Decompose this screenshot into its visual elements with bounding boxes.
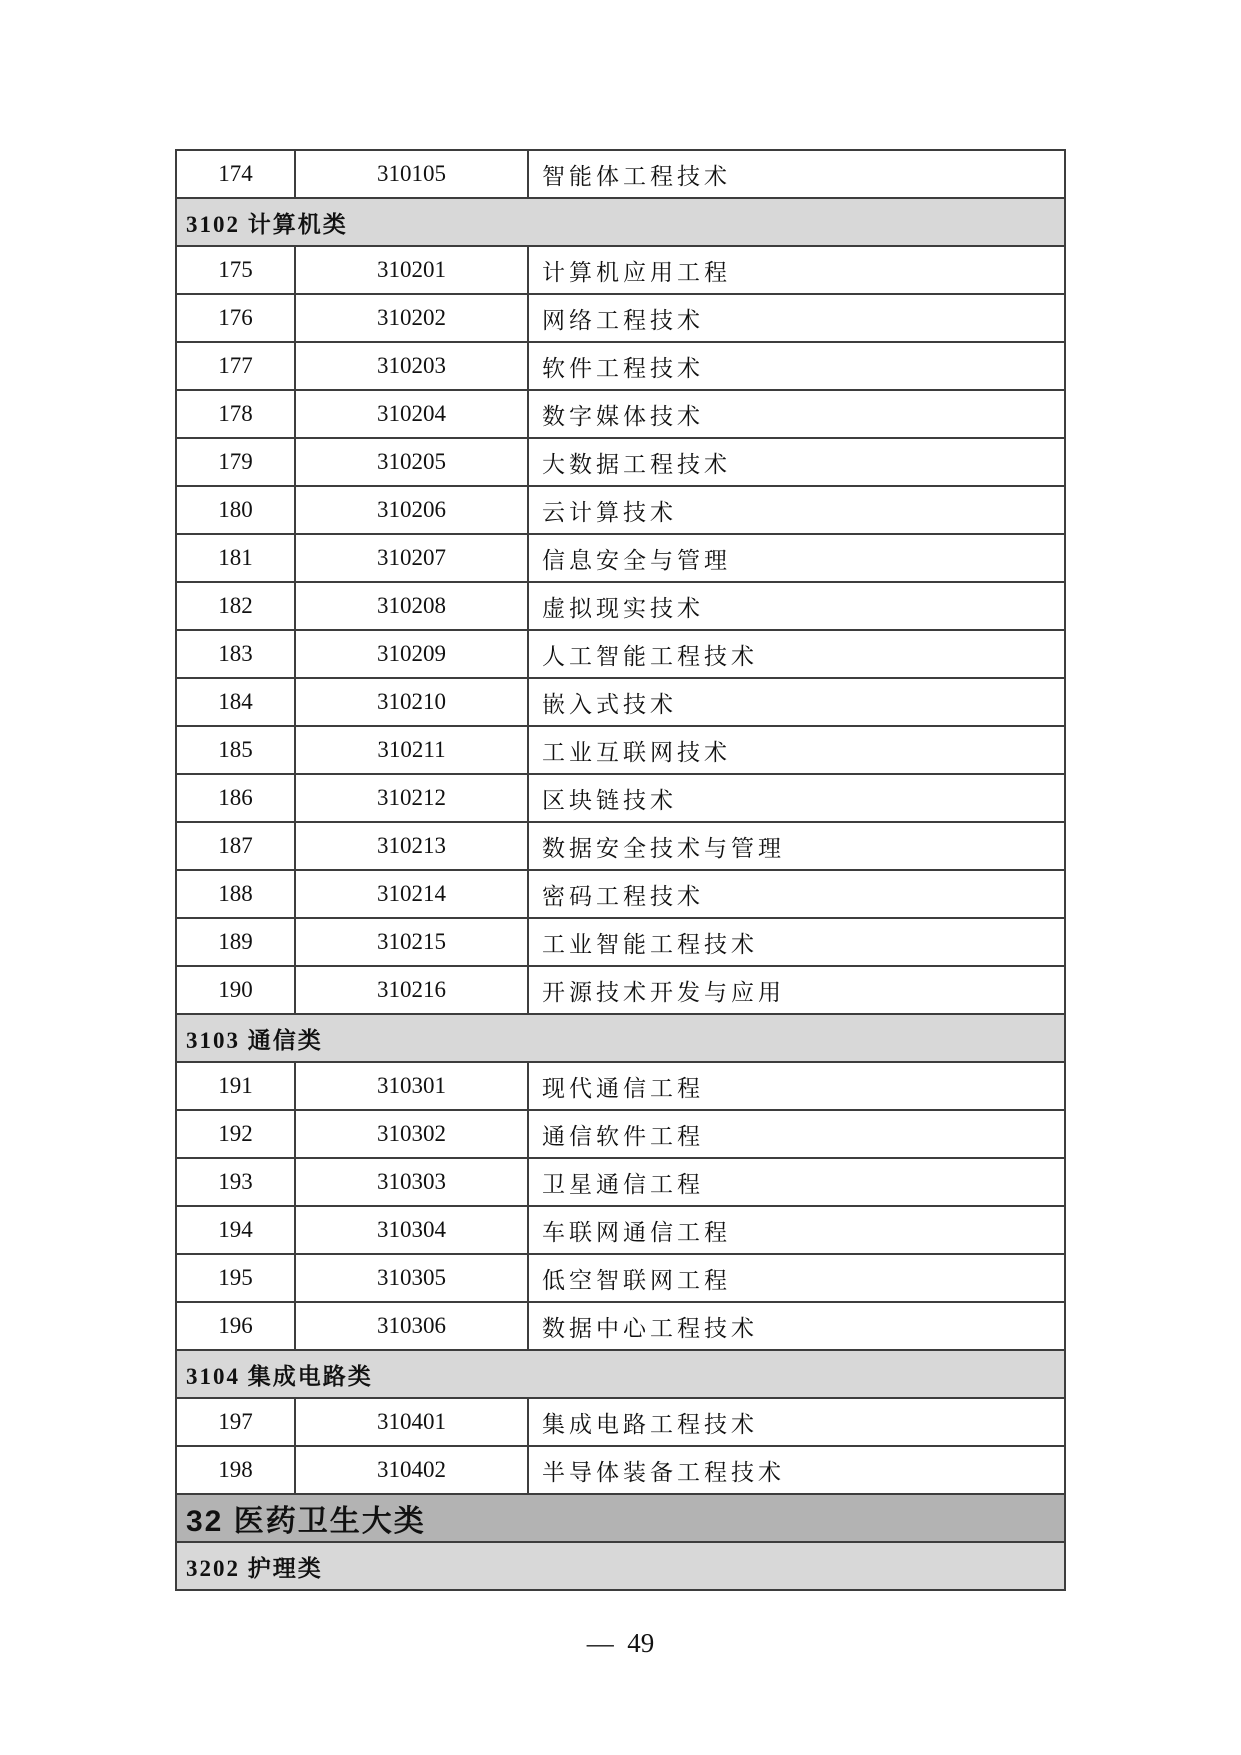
table-row: 179 310205 大数据工程技术 [176, 438, 1065, 486]
major-name: 嵌入式技术 [528, 678, 1065, 726]
row-number: 180 [176, 486, 295, 534]
row-number: 189 [176, 918, 295, 966]
major-name: 卫星通信工程 [528, 1158, 1065, 1206]
major-name: 人工智能工程技术 [528, 630, 1065, 678]
row-number: 177 [176, 342, 295, 390]
major-category-row: 32 医药卫生大类 [176, 1494, 1065, 1542]
major-name: 车联网通信工程 [528, 1206, 1065, 1254]
major-code: 310215 [295, 918, 528, 966]
section-header-label: 3102 计算机类 [176, 198, 1065, 246]
major-code-table: 174 310105 智能体工程技术 3102 计算机类 175 310201 … [175, 149, 1066, 1591]
major-code: 310213 [295, 822, 528, 870]
major-name: 信息安全与管理 [528, 534, 1065, 582]
major-code: 310202 [295, 294, 528, 342]
table-row: 186 310212 区块链技术 [176, 774, 1065, 822]
major-name: 虚拟现实技术 [528, 582, 1065, 630]
major-name: 云计算技术 [528, 486, 1065, 534]
major-category-label: 32 医药卫生大类 [176, 1494, 1065, 1542]
major-code: 310210 [295, 678, 528, 726]
major-name: 计算机应用工程 [528, 246, 1065, 294]
table-row: 187 310213 数据安全技术与管理 [176, 822, 1065, 870]
row-number: 178 [176, 390, 295, 438]
section-header-row: 3102 计算机类 [176, 198, 1065, 246]
major-code: 310401 [295, 1398, 528, 1446]
row-number: 176 [176, 294, 295, 342]
major-name: 区块链技术 [528, 774, 1065, 822]
table-row: 195 310305 低空智联网工程 [176, 1254, 1065, 1302]
row-number: 188 [176, 870, 295, 918]
major-name: 通信软件工程 [528, 1110, 1065, 1158]
row-number: 192 [176, 1110, 295, 1158]
row-number: 197 [176, 1398, 295, 1446]
row-number: 175 [176, 246, 295, 294]
major-code: 310402 [295, 1446, 528, 1494]
major-code: 310211 [295, 726, 528, 774]
row-number: 191 [176, 1062, 295, 1110]
major-code: 310208 [295, 582, 528, 630]
major-name: 软件工程技术 [528, 342, 1065, 390]
row-number: 195 [176, 1254, 295, 1302]
table-row: 185 310211 工业互联网技术 [176, 726, 1065, 774]
major-code: 310209 [295, 630, 528, 678]
major-name: 低空智联网工程 [528, 1254, 1065, 1302]
row-number: 196 [176, 1302, 295, 1350]
major-name: 数字媒体技术 [528, 390, 1065, 438]
major-code: 310306 [295, 1302, 528, 1350]
row-number: 185 [176, 726, 295, 774]
table-row: 178 310204 数字媒体技术 [176, 390, 1065, 438]
row-number: 198 [176, 1446, 295, 1494]
section-header-label: 3103 通信类 [176, 1014, 1065, 1062]
major-code: 310204 [295, 390, 528, 438]
major-name: 半导体装备工程技术 [528, 1446, 1065, 1494]
table-row: 194 310304 车联网通信工程 [176, 1206, 1065, 1254]
section-header-row: 3104 集成电路类 [176, 1350, 1065, 1398]
table-row: 184 310210 嵌入式技术 [176, 678, 1065, 726]
table-row: 182 310208 虚拟现实技术 [176, 582, 1065, 630]
major-code: 310206 [295, 486, 528, 534]
major-code: 310105 [295, 150, 528, 198]
major-name: 大数据工程技术 [528, 438, 1065, 486]
major-name: 现代通信工程 [528, 1062, 1065, 1110]
table-row: 196 310306 数据中心工程技术 [176, 1302, 1065, 1350]
table-row: 176 310202 网络工程技术 [176, 294, 1065, 342]
table-row: 191 310301 现代通信工程 [176, 1062, 1065, 1110]
row-number: 186 [176, 774, 295, 822]
table-row: 197 310401 集成电路工程技术 [176, 1398, 1065, 1446]
major-code: 310216 [295, 966, 528, 1014]
major-code: 310207 [295, 534, 528, 582]
table-row: 180 310206 云计算技术 [176, 486, 1065, 534]
table-row: 193 310303 卫星通信工程 [176, 1158, 1065, 1206]
table-row: 188 310214 密码工程技术 [176, 870, 1065, 918]
page-number: — 49 [0, 1628, 1241, 1659]
table-row: 198 310402 半导体装备工程技术 [176, 1446, 1065, 1494]
table-row: 181 310207 信息安全与管理 [176, 534, 1065, 582]
row-number: 190 [176, 966, 295, 1014]
major-code: 310205 [295, 438, 528, 486]
major-code: 310305 [295, 1254, 528, 1302]
major-name: 智能体工程技术 [528, 150, 1065, 198]
major-name: 网络工程技术 [528, 294, 1065, 342]
major-code: 310201 [295, 246, 528, 294]
table-row: 177 310203 软件工程技术 [176, 342, 1065, 390]
row-number: 184 [176, 678, 295, 726]
major-name: 数据安全技术与管理 [528, 822, 1065, 870]
major-code: 310303 [295, 1158, 528, 1206]
table-row: 174 310105 智能体工程技术 [176, 150, 1065, 198]
section-header-row: 3103 通信类 [176, 1014, 1065, 1062]
major-name: 密码工程技术 [528, 870, 1065, 918]
table-row: 175 310201 计算机应用工程 [176, 246, 1065, 294]
table-row: 189 310215 工业智能工程技术 [176, 918, 1065, 966]
major-code: 310302 [295, 1110, 528, 1158]
table-row: 183 310209 人工智能工程技术 [176, 630, 1065, 678]
row-number: 194 [176, 1206, 295, 1254]
row-number: 181 [176, 534, 295, 582]
major-name: 开源技术开发与应用 [528, 966, 1065, 1014]
major-code: 310304 [295, 1206, 528, 1254]
major-name: 数据中心工程技术 [528, 1302, 1065, 1350]
major-name: 工业互联网技术 [528, 726, 1065, 774]
table-row: 190 310216 开源技术开发与应用 [176, 966, 1065, 1014]
row-number: 183 [176, 630, 295, 678]
row-number: 182 [176, 582, 295, 630]
row-number: 179 [176, 438, 295, 486]
major-code: 310214 [295, 870, 528, 918]
section-header-row: 3202 护理类 [176, 1542, 1065, 1590]
row-number: 193 [176, 1158, 295, 1206]
major-name: 集成电路工程技术 [528, 1398, 1065, 1446]
major-code: 310301 [295, 1062, 528, 1110]
major-code: 310212 [295, 774, 528, 822]
section-header-label: 3202 护理类 [176, 1542, 1065, 1590]
major-code: 310203 [295, 342, 528, 390]
section-header-label: 3104 集成电路类 [176, 1350, 1065, 1398]
table-row: 192 310302 通信软件工程 [176, 1110, 1065, 1158]
row-number: 187 [176, 822, 295, 870]
major-name: 工业智能工程技术 [528, 918, 1065, 966]
row-number: 174 [176, 150, 295, 198]
